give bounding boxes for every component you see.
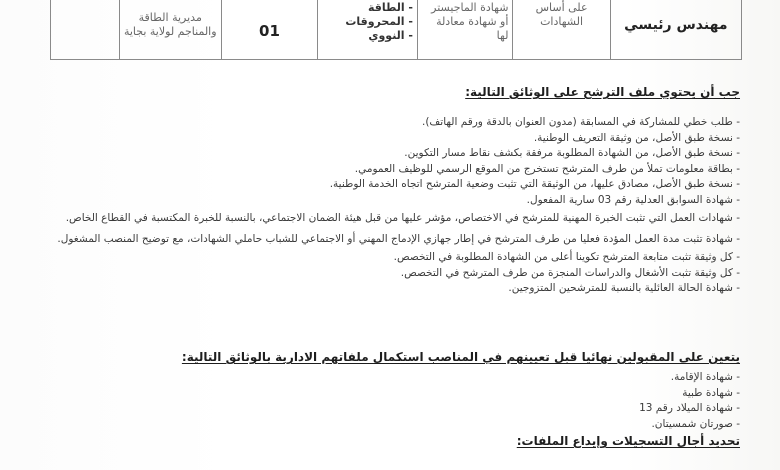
- list-item: - شهادة طبية: [20, 386, 740, 402]
- specialty-hydrocarbons: - المحروقات: [322, 15, 413, 29]
- job-title-cell: مهندس رئيسي: [610, 0, 741, 60]
- list-item: - شهادة الإقامة.: [20, 370, 740, 386]
- table-row: مهندس رئيسي على أساس الشهادات شهادة الما…: [51, 0, 742, 60]
- specialty-nuclear: - النووي: [322, 29, 413, 43]
- section-heading-required-documents: جب أن يحتوي ملف الترشح على الوثائق التال…: [20, 85, 740, 99]
- list-item: - بطاقة معلومات تملأ من طرف المترشح تستخ…: [20, 162, 740, 178]
- required-documents-section: جب أن يحتوي ملف الترشح على الوثائق التال…: [20, 85, 740, 297]
- recruitment-mode-cell: على أساس الشهادات: [513, 0, 610, 60]
- section-heading-final-admin-documents: يتعين على المقبولين نهائيا قبل تعيينهم ف…: [20, 350, 740, 364]
- list-item: - صورتان شمسيتان.: [20, 417, 740, 433]
- directorate-cell: مديرية الطاقة والمناجم لولاية بجاية: [119, 0, 221, 60]
- specialty-energy: - الطاقة: [322, 1, 413, 15]
- list-item: - شهادة تثبت مدة العمل المؤدة فعليا من ط…: [20, 229, 740, 250]
- scanned-document-page: مهندس رئيسي على أساس الشهادات شهادة الما…: [0, 0, 780, 470]
- list-item: - نسخة طبق الأصل، مصادق عليها، من الوثيق…: [20, 177, 740, 193]
- section-heading-registration-deadlines: تحديد أجال التسجيلات وإيداع الملفات:: [20, 434, 740, 448]
- list-item: - نسخة طبق الأصل، من الشهادة المطلوبة مر…: [20, 146, 740, 162]
- list-item: - نسخة طبق الأصل، من وثيقة التعريف الوطن…: [20, 131, 740, 147]
- specialties-cell: - الطاقة - المحروقات - النووي: [318, 0, 418, 60]
- empty-cell: [51, 0, 120, 60]
- final-admin-documents-section: يتعين على المقبولين نهائيا قبل تعيينهم ف…: [20, 350, 740, 448]
- positions-count-cell: 01: [221, 0, 317, 60]
- list-item: - شهادات العمل التي تثبت الخبرة المهنية …: [20, 208, 740, 229]
- required-degree-cell: شهادة الماجيستر أو شهادة معادلة لها: [417, 0, 512, 60]
- list-item: - كل وثيقة تثبت الأشغال والدراسات المنجز…: [20, 266, 740, 282]
- list-item: - طلب خطي للمشاركة في المسابقة (مدون الع…: [20, 115, 740, 131]
- job-positions-table: مهندس رئيسي على أساس الشهادات شهادة الما…: [50, 0, 742, 60]
- list-item: - شهادة الميلاد رقم 13: [20, 401, 740, 417]
- list-item: - شهادة السوابق العدلية رقم 03 سارية الم…: [20, 193, 740, 209]
- list-item: - شهادة الحالة العائلية بالنسبة للمترشحي…: [20, 281, 740, 297]
- list-item: - كل وثيقة تثبت متابعة المترشح تكوينا أع…: [20, 250, 740, 266]
